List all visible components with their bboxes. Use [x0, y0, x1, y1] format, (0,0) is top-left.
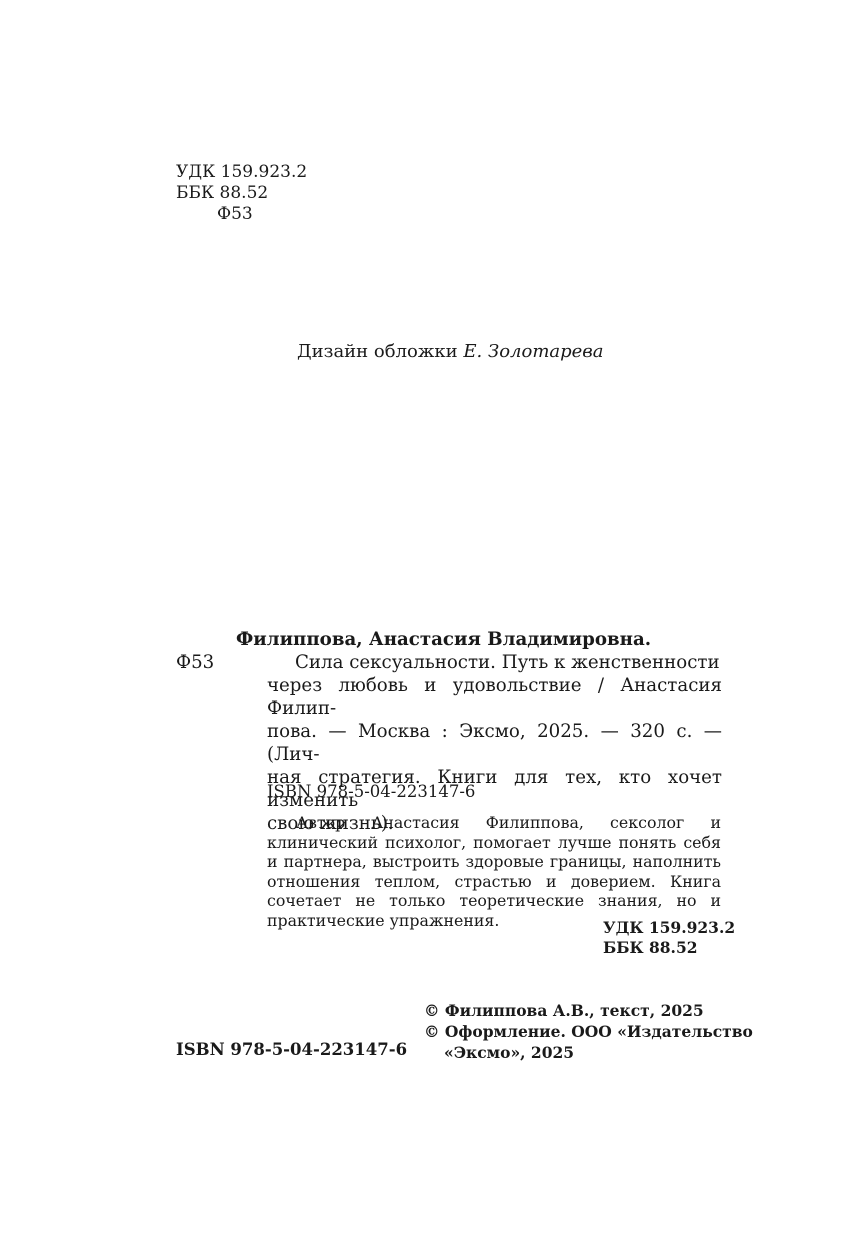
record-line: пова. — Москва : Эксмо, 2025. — 320 с. —… [267, 720, 722, 766]
author-sign: Ф53 [176, 204, 307, 225]
design-label: Дизайн обложки [297, 341, 458, 362]
copyright-notice: © Филиппова А.В., текст, 2025 © Оформлен… [424, 1000, 753, 1063]
copyright-text: © Филиппова А.В., текст, 2025 [424, 1000, 753, 1021]
udk-code: УДК 159.923.2 [176, 162, 307, 183]
designer-name: Е. Золотарева [463, 341, 603, 362]
classification-codes-bottom: УДК 159.923.2 ББК 88.52 [603, 918, 735, 958]
bbk-code: ББК 88.52 [176, 183, 307, 204]
record-line: через любовь и удовольствие / Анастасия … [267, 674, 722, 720]
bibliographic-record: Филиппова, Анастасия Владимировна. Ф53 С… [176, 628, 722, 835]
copyright-publisher: «Эксмо», 2025 [424, 1042, 753, 1063]
copyright-design: © Оформление. ООО «Издательство [424, 1021, 753, 1042]
udk-code-bottom: УДК 159.923.2 [603, 918, 735, 938]
record-author-sign: Ф53 [176, 651, 214, 674]
isbn-bottom: ISBN 978-5-04-223147-6 [176, 1040, 407, 1059]
annotation-text: Автор Анастасия Филиппова, сексолог и кл… [267, 813, 721, 930]
record-line: Сила сексуальности. Путь к женственности [267, 651, 722, 674]
record-description: Сила сексуальности. Путь к женственности… [267, 651, 722, 835]
record-isbn: ISBN 978-5-04-223147-6 [267, 782, 475, 801]
annotation: Автор Анастасия Филиппова, сексолог и кл… [267, 813, 721, 930]
record-author: Филиппова, Анастасия Владимировна. [176, 628, 722, 651]
classification-codes-top: УДК 159.923.2 ББК 88.52 Ф53 [176, 162, 307, 225]
bbk-code-bottom: ББК 88.52 [603, 938, 735, 958]
cover-design-credit: Дизайн обложки Е. Золотарева [297, 341, 604, 362]
